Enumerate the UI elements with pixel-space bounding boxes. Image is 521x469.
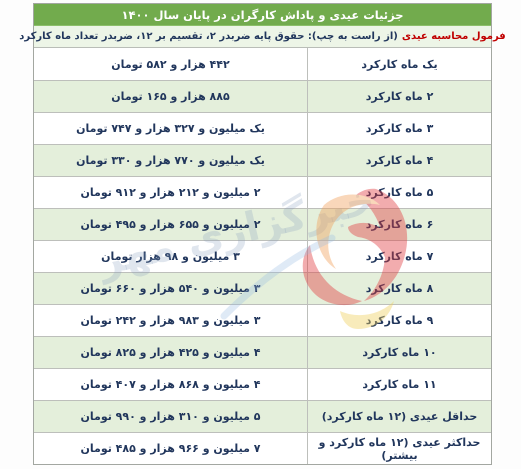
months-cell: ۷ ماه کارکرد — [307, 241, 491, 272]
table-row: حداکثر عیدی (۱۲ ماه کارکرد و بیشتر)۷ میل… — [34, 432, 491, 464]
table-title-bar: جزئیات عیدی و پاداش کارگران در پایان سال… — [34, 4, 491, 26]
table-row: ۶ ماه کارکرد۲ میلیون و ۶۵۵ هزار و ۴۹۵ تو… — [34, 208, 491, 240]
months-cell: ۶ ماه کارکرد — [307, 209, 491, 240]
amount-cell: ۳ میلیون و ۹۸۳ هزار و ۲۴۲ تومان — [34, 305, 307, 336]
table-row: ۱۰ ماه کارکرد۴ میلیون و ۴۲۵ هزار و ۸۲۵ ت… — [34, 336, 491, 368]
table-row: ۵ ماه کارکرد۲ میلیون و ۲۱۲ هزار و ۹۱۲ تو… — [34, 176, 491, 208]
table-row: ۱۱ ماه کارکرد۴ میلیون و ۸۶۸ هزار و ۴۰۷ ت… — [34, 368, 491, 400]
amount-cell: ۸۸۵ هزار و ۱۶۵ تومان — [34, 81, 307, 112]
months-cell: ۵ ماه کارکرد — [307, 177, 491, 208]
amount-cell: یک میلیون و ۷۷۰ هزار و ۳۳۰ تومان — [34, 145, 307, 176]
months-cell: یک ماه کارکرد — [307, 48, 491, 80]
months-cell: ۸ ماه کارکرد — [307, 273, 491, 304]
table-row: یک ماه کارکرد۴۴۲ هزار و ۵۸۲ تومان — [34, 48, 491, 80]
table-row: ۹ ماه کارکرد۳ میلیون و ۹۸۳ هزار و ۲۴۲ تو… — [34, 304, 491, 336]
months-cell: ۱۰ ماه کارکرد — [307, 337, 491, 368]
formula-text: (از راست به چپ): حقوق پایه ضربدر ۲، تقسی… — [19, 31, 398, 42]
months-cell: حداقل عیدی (۱۲ ماه کارکرد) — [307, 401, 491, 432]
table-row: حداقل عیدی (۱۲ ماه کارکرد)۵ میلیون و ۳۱۰… — [34, 400, 491, 432]
months-cell: ۳ ماه کارکرد — [307, 113, 491, 144]
table-row: ۸ ماه کارکرد۳ میلیون و ۵۴۰ هزار و ۶۶۰ تو… — [34, 272, 491, 304]
amount-cell: ۵ میلیون و ۳۱۰ هزار و ۹۹۰ تومان — [34, 401, 307, 432]
amount-cell: ۴ میلیون و ۸۶۸ هزار و ۴۰۷ تومان — [34, 369, 307, 400]
months-cell: ۹ ماه کارکرد — [307, 305, 491, 336]
months-cell: ۴ ماه کارکرد — [307, 145, 491, 176]
amount-cell: ۳ میلیون و ۵۴۰ هزار و ۶۶۰ تومان — [34, 273, 307, 304]
amount-cell: ۴ میلیون و ۴۲۵ هزار و ۸۲۵ تومان — [34, 337, 307, 368]
amount-cell: یک میلیون و ۳۲۷ هزار و ۷۴۷ تومان — [34, 113, 307, 144]
amount-cell: ۷ میلیون و ۹۶۶ هزار و ۴۸۵ تومان — [34, 433, 307, 464]
table-row: ۴ ماه کارکردیک میلیون و ۷۷۰ هزار و ۳۳۰ ت… — [34, 144, 491, 176]
table-row: ۳ ماه کارکردیک میلیون و ۳۲۷ هزار و ۷۴۷ ت… — [34, 112, 491, 144]
amount-cell: ۳ میلیون و ۹۸ هزار تومان — [34, 241, 307, 272]
screenshot-canvas: جزئیات عیدی و پاداش کارگران در پایان سال… — [0, 0, 521, 469]
amount-cell: ۴۴۲ هزار و ۵۸۲ تومان — [34, 48, 307, 80]
table-row: ۲ ماه کارکرد۸۸۵ هزار و ۱۶۵ تومان — [34, 80, 491, 112]
months-cell: ۲ ماه کارکرد — [307, 81, 491, 112]
bonus-table-body: یک ماه کارکرد۴۴۲ هزار و ۵۸۲ تومان۲ ماه ک… — [34, 48, 491, 464]
amount-cell: ۲ میلیون و ۲۱۲ هزار و ۹۱۲ تومان — [34, 177, 307, 208]
formula-row: فرمول محاسبه عیدی (از راست به چپ): حقوق … — [34, 26, 491, 48]
table-row: ۷ ماه کارکرد۳ میلیون و ۹۸ هزار تومان — [34, 240, 491, 272]
formula-label: فرمول محاسبه عیدی — [402, 31, 506, 42]
months-cell: ۱۱ ماه کارکرد — [307, 369, 491, 400]
amount-cell: ۲ میلیون و ۶۵۵ هزار و ۴۹۵ تومان — [34, 209, 307, 240]
months-cell: حداکثر عیدی (۱۲ ماه کارکرد و بیشتر) — [307, 433, 491, 464]
page-title: جزئیات عیدی و پاداش کارگران در پایان سال… — [121, 8, 403, 22]
eidi-bonus-table: جزئیات عیدی و پاداش کارگران در پایان سال… — [33, 3, 492, 465]
